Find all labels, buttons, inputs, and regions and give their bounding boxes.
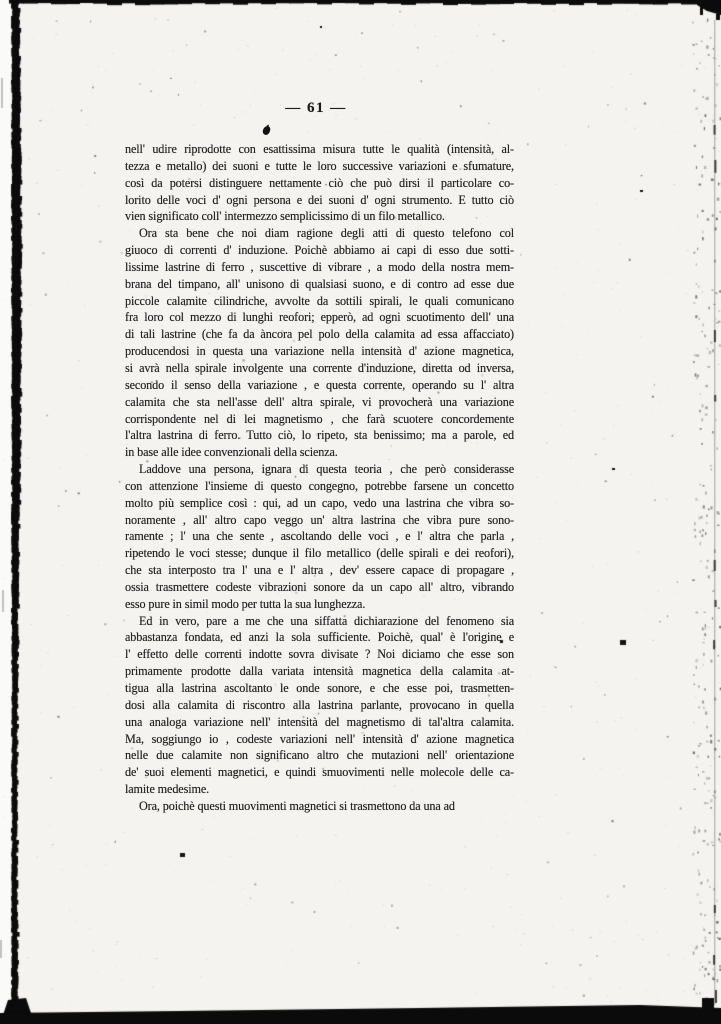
text-line: calamita che sta nell'asse dell' altra s… xyxy=(125,394,514,411)
ink-blot xyxy=(262,125,271,135)
text-line: lorito delle voci d' ogni persona e dei … xyxy=(125,192,514,209)
text-line: l'altra lastrina di ferro. Tutto ciò, lo… xyxy=(125,427,514,444)
text-line: primamente prodotte dalla variata intens… xyxy=(125,663,514,680)
paragraph: Ed in vero, pare a me che una siffatta d… xyxy=(125,613,514,798)
paragraph: Laddove una persona, ignara di questa te… xyxy=(125,461,514,613)
text-line: così da potersi distinguere nettamente c… xyxy=(125,175,514,192)
text-line: con attenzione l'insieme di questo conge… xyxy=(125,478,514,495)
text-line: brana del timpano, all' unisono di quals… xyxy=(125,276,514,293)
text-line: si avrà nella spirale involgente una cor… xyxy=(125,360,514,377)
text-line: dosi alla calamita di riscontro alla las… xyxy=(125,697,514,714)
text-line: Ma, soggiungo io , codeste variazioni ne… xyxy=(125,731,514,748)
text-line: Ed in vero, pare a me che una siffatta d… xyxy=(125,613,514,630)
scanned-book-page: — 61 — nell' udire riprodotte con esatti… xyxy=(0,0,721,1024)
text-line: vien significato coll' intermezzo sempli… xyxy=(125,208,514,225)
text-line: tezza e metallo) dei suoni e tutte le lo… xyxy=(125,158,514,175)
text-line: abbastanza fondata, ed anzi la sola suff… xyxy=(125,629,514,646)
body-text: nell' udire riprodotte con esattissima m… xyxy=(125,141,514,815)
text-line: piccole calamite cilindriche, avvolte da… xyxy=(125,293,514,310)
page-number: — 61 — xyxy=(272,100,360,117)
text-line: Ora, poichè questi muovimenti magnetici … xyxy=(125,798,514,815)
text-line: ossia trasmettere codeste vibrazioni son… xyxy=(125,579,514,596)
text-line: in base alle idee convenzionali della sc… xyxy=(125,444,514,461)
text-line: Laddove una persona, ignara di questa te… xyxy=(125,461,514,478)
text-line: de' suoi elementi magnetici, e quindi sm… xyxy=(125,764,514,781)
text-line: una analoga variazione nell' intensità d… xyxy=(125,714,514,731)
text-line: lissime lastrine di ferro , suscettive d… xyxy=(125,259,514,276)
text-line: nell' udire riprodotte con esattissima m… xyxy=(125,141,514,158)
paragraph: Ora sta bene che noi diam ragione degli … xyxy=(125,225,514,461)
text-line: nelle due calamite non significano altro… xyxy=(125,747,514,764)
text-line: fra loro col mezzo di lunghi reofori; ep… xyxy=(125,309,514,326)
text-line: che sta interposto tra l' una e l' altra… xyxy=(125,562,514,579)
text-line: Ora sta bene che noi diam ragione degli … xyxy=(125,225,514,242)
page-content: — 61 — nell' udire riprodotte con esatti… xyxy=(0,0,721,1024)
text-line: tigua alla lastrina ascoltanto le onde s… xyxy=(125,680,514,697)
paragraph: nell' udire riprodotte con esattissima m… xyxy=(125,141,514,225)
text-line: producendosi in questa una variazione ne… xyxy=(125,343,514,360)
text-line: ripetendo le voci stesse; dunque il filo… xyxy=(125,545,514,562)
text-line: noramente , all' altro capo veggo un' al… xyxy=(125,512,514,529)
text-line: giuoco di correnti d' induzione. Poichè … xyxy=(125,242,514,259)
text-line: ramente ; l' una che sente , ascoltando … xyxy=(125,528,514,545)
text-line: di tali lastrine (che fa da àncora pel p… xyxy=(125,326,514,343)
paragraph: Ora, poichè questi muovimenti magnetici … xyxy=(125,798,514,815)
text-line: esso pure in simil modo per tutta la sua… xyxy=(125,596,514,613)
text-line: lamite medesime. xyxy=(125,781,514,798)
text-line: corrispondente nel di lei magnetismo , c… xyxy=(125,411,514,428)
text-line: l' effetto delle correnti indotte sovra … xyxy=(125,646,514,663)
text-line: secondo il senso della variazione , e qu… xyxy=(125,377,514,394)
text-line: molto più semplice così : qui, ad un cap… xyxy=(125,495,514,512)
